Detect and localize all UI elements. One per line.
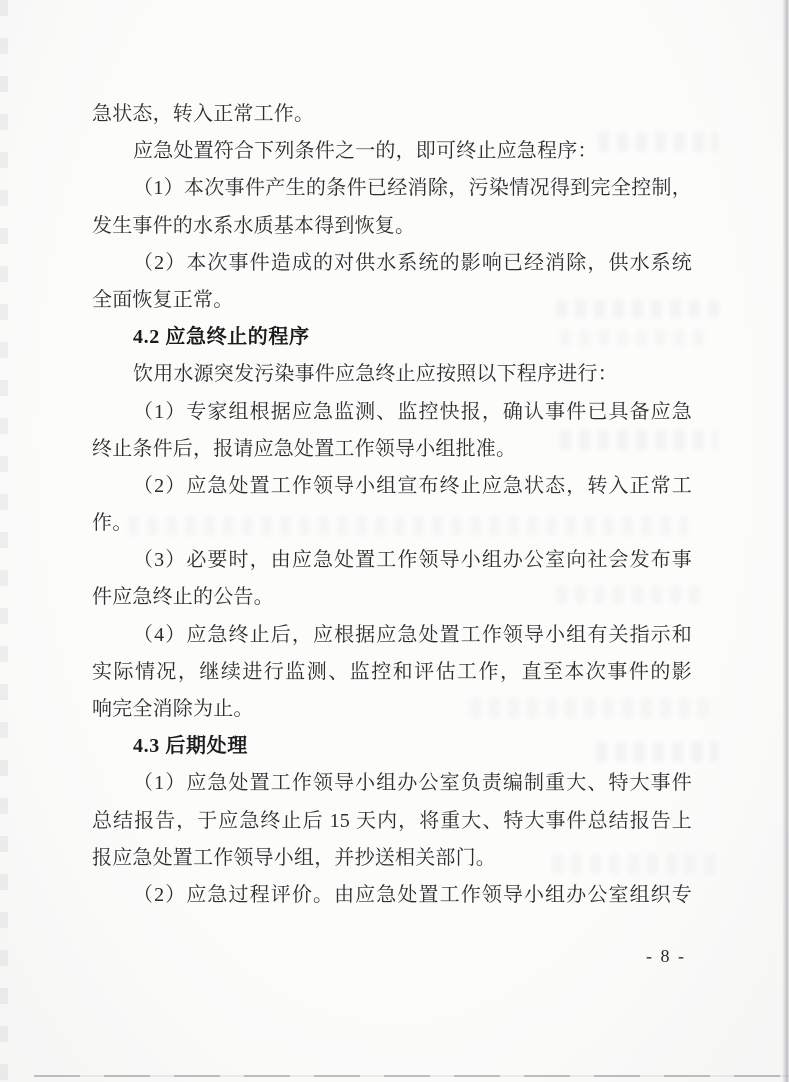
body-line: 件应急终止的公告。 [92, 579, 692, 616]
body-line: 全面恢复正常。 [92, 282, 692, 319]
body-line: （1）专家组根据应急监测、监控快报，确认事件已具备应急 [92, 394, 692, 431]
document-body: 急状态，转入正常工作。 应急处置符合下列条件之一的，即可终止应急程序： （1）本… [92, 96, 692, 914]
body-line: 发生事件的水系水质基本得到恢复。 [92, 208, 692, 245]
scan-edge-bottom-line [34, 1075, 789, 1077]
body-line: （1）应急处置工作领导小组办公室负责编制重大、特大事件 [92, 765, 692, 802]
body-line: （2）应急过程评价。由应急处置工作领导小组办公室组织专 [92, 877, 692, 914]
body-line: （2）本次事件造成的对供水系统的影响已经消除，供水系统 [92, 245, 692, 282]
body-line: 作。 [92, 505, 692, 542]
section-heading-4-3: 4.3 后期处理 [92, 728, 692, 765]
body-line: 响完全消除为止。 [92, 691, 692, 728]
body-line: （4）应急终止后，应根据应急处置工作领导小组有关指示和 [92, 617, 692, 654]
body-line: （1）本次事件产生的条件已经消除，污染情况得到完全控制， [92, 170, 692, 207]
page-number: - 8 - [646, 946, 686, 967]
scan-edge-left-noise [0, 0, 8, 1082]
body-line: 急状态，转入正常工作。 [92, 96, 692, 133]
body-line: （3）必要时，由应急处置工作领导小组办公室向社会发布事 [92, 542, 692, 579]
scanned-document-page: 急状态，转入正常工作。 应急处置符合下列条件之一的，即可终止应急程序： （1）本… [0, 0, 789, 1082]
body-line: （2）应急处置工作领导小组宣布终止应急状态，转入正常工 [92, 468, 692, 505]
section-heading-4-2: 4.2 应急终止的程序 [92, 319, 692, 356]
body-line: 终止条件后，报请应急处置工作领导小组批准。 [92, 431, 692, 468]
body-line: 总结报告，于应急终止后 15 天内，将重大、特大事件总结报告上 [92, 803, 692, 840]
body-line: 应急处置符合下列条件之一的，即可终止应急程序： [92, 133, 692, 170]
body-line: 饮用水源突发污染事件应急终止应按照以下程序进行： [92, 356, 692, 393]
scan-edge-right-line [782, 0, 789, 1082]
body-line: 实际情况，继续进行监测、监控和评估工作，直至本次事件的影 [92, 654, 692, 691]
body-line: 报应急处置工作领导小组，并抄送相关部门。 [92, 840, 692, 877]
